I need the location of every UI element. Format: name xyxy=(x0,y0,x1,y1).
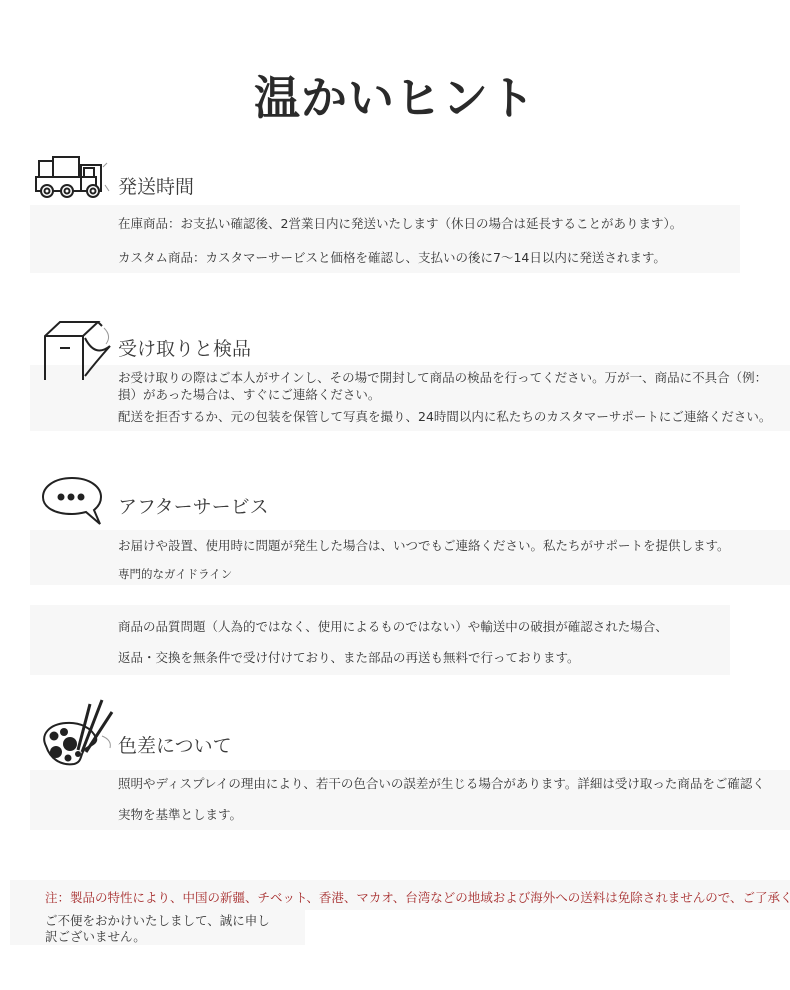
shipping-exclusion-note: 注：製品の特性により、中国の新疆、チベット、香港、マカオ、台湾などの地域および海… xyxy=(45,888,790,906)
section-subheading: 専門的なガイドライン xyxy=(118,566,232,582)
section-text: お受け取りの際はご本人がサインし、その場で開封して商品の検品を行ってください。万… xyxy=(118,368,767,386)
section-text: 実物を基準とします。 xyxy=(118,805,242,823)
speech-bubble-icon xyxy=(40,474,105,533)
section-text: 商品の品質問題（人為的ではなく、使用によるものではない）や輸送中の破損が確認され… xyxy=(118,617,668,635)
paint-palette-icon xyxy=(40,696,120,772)
section-text: カスタム商品：カスタマーサービスと価格を確認し、支払いの後に7〜14日以内に発送… xyxy=(118,248,666,266)
page-title: 温かいヒント xyxy=(0,62,790,128)
section-text: 配送を拒否するか、元の包装を保管して写真を撮り、24時間以内に私たちのカスタマー… xyxy=(118,407,771,425)
section-heading: 受け取りと検品 xyxy=(118,334,251,361)
truck-icon xyxy=(35,155,115,205)
box-icon xyxy=(40,318,115,387)
apology-note: ご不便をおかけいたしまして、誠に申し訳ございません。 xyxy=(45,913,275,945)
section-text: 照明やディスプレイの理由により、若干の色合いの誤差が生じる場合があります。詳細は… xyxy=(118,774,765,792)
section-text: お届けや設置、使用時に問題が発生した場合は、いつでもご連絡ください。私たちがサポ… xyxy=(118,536,730,554)
section-text: 返品・交換を無条件で受け付けており、また部品の再送も無料で行っております。 xyxy=(118,648,580,666)
section-text: 損）があった場合は、すぐにご連絡ください。 xyxy=(118,385,380,403)
section-heading: アフターサービス xyxy=(118,492,269,519)
section-heading: 発送時間 xyxy=(118,172,194,199)
section-heading: 色差について xyxy=(118,731,232,758)
section-text: 在庫商品：お支払い確認後、2営業日内に発送いたします（休日の場合は延長することが… xyxy=(118,214,682,232)
